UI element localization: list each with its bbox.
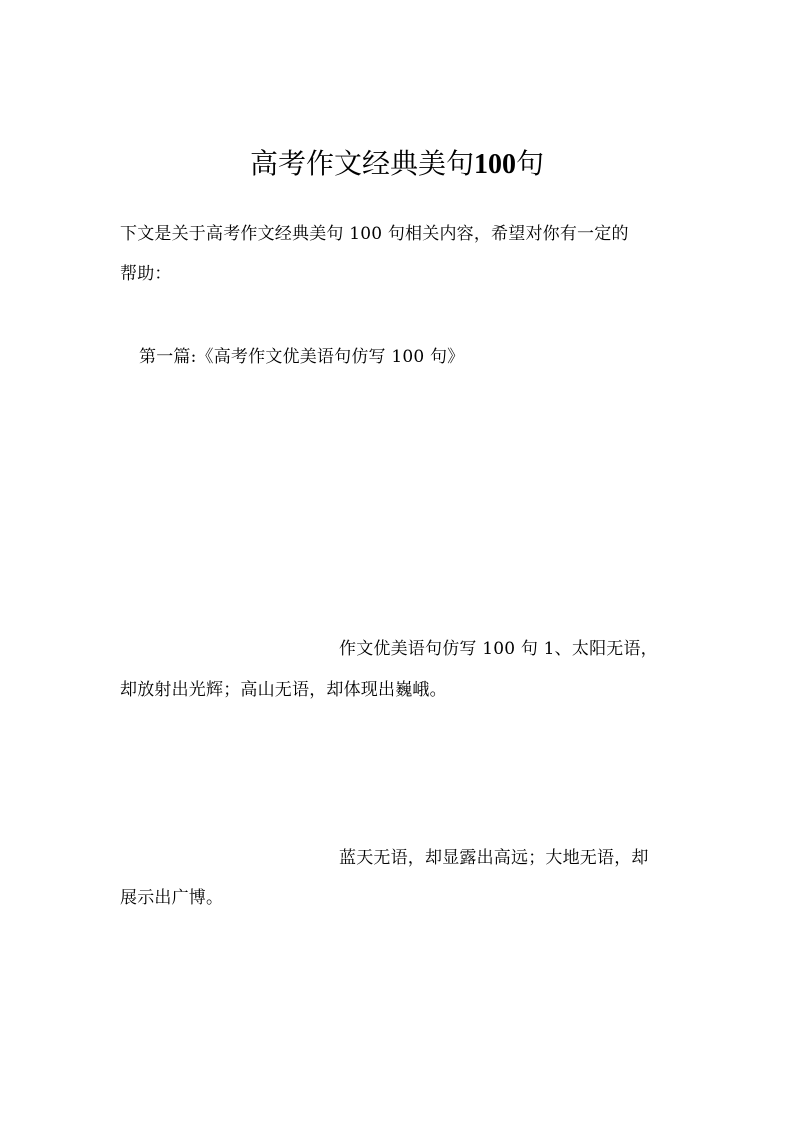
paragraph-1-line-1: 作文优美语句仿写 100 句 1、太阳无语， — [339, 637, 658, 661]
title-number: 100 — [474, 149, 516, 180]
paragraph-2-line-1: 蓝天无语，却显露出高远；大地无语，却 — [339, 846, 649, 870]
title-text-before: 高考作文经典美句 — [250, 147, 474, 180]
paragraph-1-line-2: 却放射出光辉；高山无语，却体现出巍峨。 — [120, 678, 447, 702]
paragraph-2-line-2: 展示出广博。 — [120, 886, 223, 910]
intro-line-2: 帮助： — [120, 262, 172, 286]
document-page: 高考作文经典美句100句 下文是关于高考作文经典美句 100 句相关内容，希望对… — [0, 0, 794, 1123]
intro-line-1: 下文是关于高考作文经典美句 100 句相关内容，希望对你有一定的 — [120, 222, 629, 246]
section-heading: 第一篇:《高考作文优美语句仿写 100 句》 — [139, 345, 464, 369]
document-title: 高考作文经典美句100句 — [0, 146, 794, 183]
title-text-after: 句 — [516, 147, 544, 180]
